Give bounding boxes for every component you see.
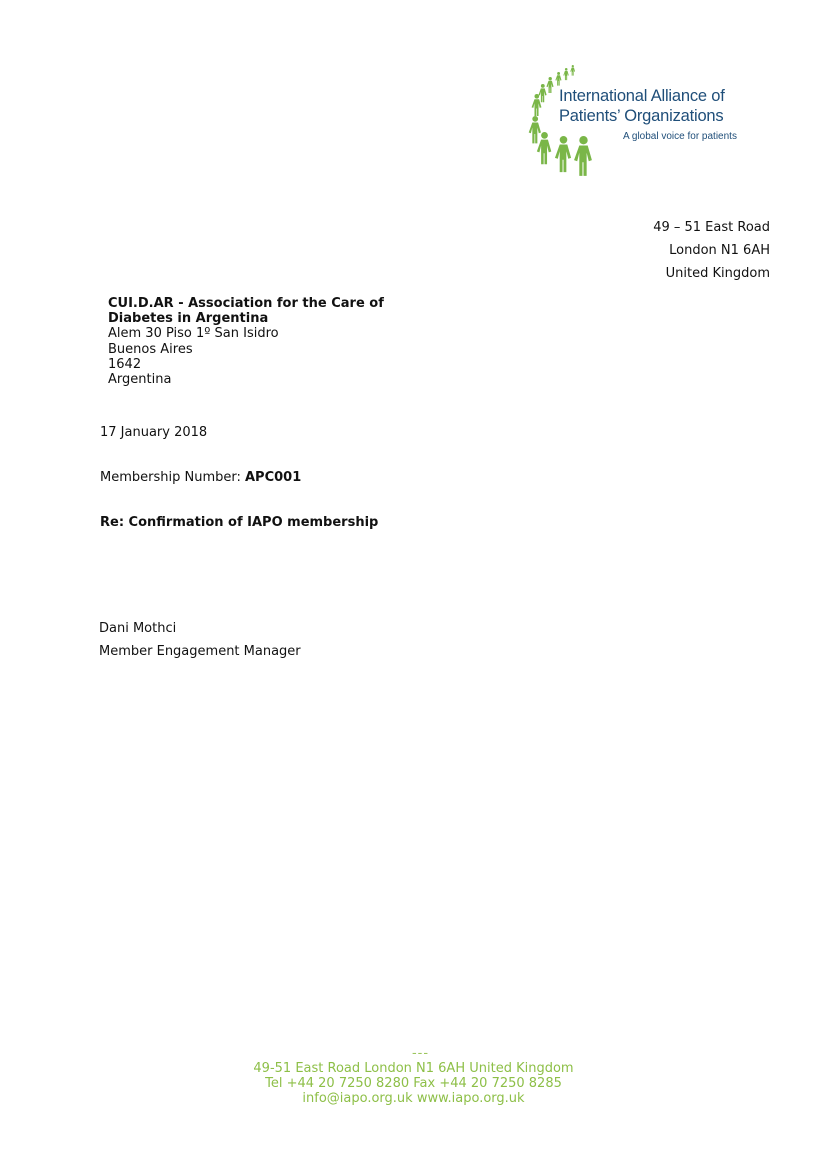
logo-title: International Alliance of Patients’ Orga… [559,86,725,126]
recipient-address-line: 1642 [108,357,398,372]
sender-address-line: United Kingdom [653,262,770,285]
signature-block: Dani Mothci Member Engagement Manager [99,617,301,663]
recipient-address-line: Alem 30 Piso 1º San Isidro [108,326,398,341]
logo-tagline: A global voice for patients [623,131,737,142]
recipient-address-line: Argentina [108,372,398,387]
footer-separator: --- [0,1046,827,1061]
logo-title-line-1: International Alliance of [559,86,725,106]
letter-footer: --- 49-51 East Road London N1 6AH United… [0,1046,827,1106]
recipient-name: CUI.D.AR - Association for the Care of D… [108,296,398,326]
letter-subject: Re: Confirmation of IAPO membership [100,515,378,530]
footer-phone-fax: Tel +44 20 7250 8280 Fax +44 20 7250 828… [0,1076,827,1091]
recipient-address-line: Buenos Aires [108,342,398,357]
signatory-name: Dani Mothci [99,617,301,640]
footer-contact: info@iapo.org.uk www.iapo.org.uk [0,1091,827,1106]
iapo-logo: International Alliance of Patients’ Orga… [528,60,738,185]
footer-address: 49-51 East Road London N1 6AH United Kin… [0,1061,827,1076]
sender-address: 49 – 51 East Road London N1 6AH United K… [653,216,770,285]
sender-address-line: London N1 6AH [653,239,770,262]
sender-address-line: 49 – 51 East Road [653,216,770,239]
membership-number-line: Membership Number: APC001 [100,470,301,485]
logo-title-line-2: Patients’ Organizations [559,106,725,126]
membership-label: Membership Number: [100,470,245,485]
membership-number: APC001 [245,470,301,485]
signatory-title: Member Engagement Manager [99,640,301,663]
recipient-block: CUI.D.AR - Association for the Care of D… [108,296,398,387]
letter-date: 17 January 2018 [100,425,207,440]
